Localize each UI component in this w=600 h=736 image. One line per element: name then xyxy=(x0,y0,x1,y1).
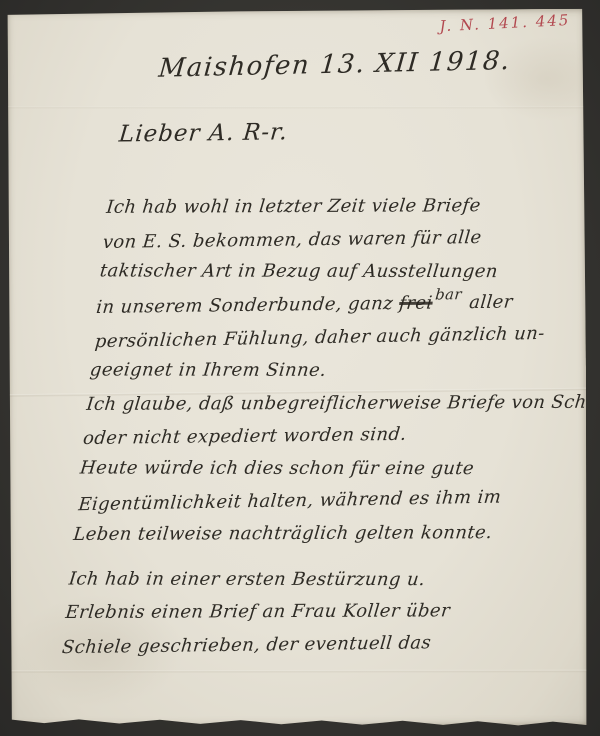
word-run: Leben teilweise nachträglich gelten konn… xyxy=(72,522,493,545)
word-run: oder nicht expediert worden sind. xyxy=(82,424,407,449)
handwritten-line: Ich hab in einer ersten Bestürzung u. xyxy=(67,563,550,596)
word-run: Ich hab wohl in letzter Zeit viele Brief… xyxy=(105,195,481,218)
handwritten-line: Leben teilweise nachträglich gelten konn… xyxy=(72,517,555,552)
archive-number: J. N. 141. 445 xyxy=(439,11,571,35)
word-run: von E. S. bekommen, das waren für alle xyxy=(102,227,483,253)
handwritten-line: geeignet in Ihrem Sinne. xyxy=(88,354,571,387)
word-run: Ich hab in einer ersten Bestürzung u. xyxy=(68,568,426,590)
handwritten-line: persönlichen Fühlung, daher auch gänzlic… xyxy=(93,318,576,359)
handwritten-line: Eigentümlichkeit halten, während es ihm … xyxy=(77,481,560,522)
word-run: Heute würde ich dies schon für eine gute xyxy=(79,457,475,479)
photo-background: J. N. 141. 445 Maishofen 13. XII 1918. L… xyxy=(0,0,600,736)
salutation: Lieber A. R-r. xyxy=(118,119,289,147)
handwritten-line: Erlebnis einen Brief an Frau Koller über xyxy=(64,595,547,630)
word-run: aller xyxy=(462,291,514,313)
handwritten-line: taktischer Art in Bezug auf Ausstellunge… xyxy=(98,256,581,289)
word-run: taktischer Art in Bezug auf Ausstellunge… xyxy=(99,261,499,283)
handwritten-line: Heute würde ich dies schon für eine gute xyxy=(78,452,561,485)
word-run: Erlebnis einen Brief an Frau Koller über xyxy=(65,600,452,623)
handwritten-line: Schiele geschrieben, der eventuell das xyxy=(61,626,544,665)
word-run: Eigentümlichkeit halten, während es ihm … xyxy=(77,487,502,516)
letter-body: Ich hab wohl in letzter Zeit viele Brief… xyxy=(61,190,588,663)
word-run: Schiele geschrieben, der eventuell das xyxy=(61,632,432,658)
fold-crease xyxy=(7,106,585,109)
struck-word: frei xyxy=(398,292,433,313)
handwritten-line: von E. S. bekommen, das waren für alle xyxy=(101,220,584,259)
inserted-word: bar xyxy=(435,286,463,303)
word-run: persönlichen Fühlung, daher auch gänzlic… xyxy=(94,323,546,352)
word-run: geeignet in Ihrem Sinne. xyxy=(89,359,327,380)
word-run: in unserem Sonderbunde, ganz xyxy=(95,293,400,318)
handwritten-line: oder nicht expediert worden sind. xyxy=(82,417,565,456)
word-run: Ich glaube, daß unbegreiflicherweise Bri… xyxy=(86,391,600,414)
fold-crease xyxy=(9,670,587,674)
handwritten-line: Ich glaube, daß unbegreiflicherweise Bri… xyxy=(85,386,568,421)
handwritten-line: Ich hab wohl in letzter Zeit viele Brief… xyxy=(105,190,588,225)
letter-page: J. N. 141. 445 Maishofen 13. XII 1918. L… xyxy=(6,9,587,729)
dateline: Maishofen 13. XII 1918. xyxy=(157,46,511,84)
